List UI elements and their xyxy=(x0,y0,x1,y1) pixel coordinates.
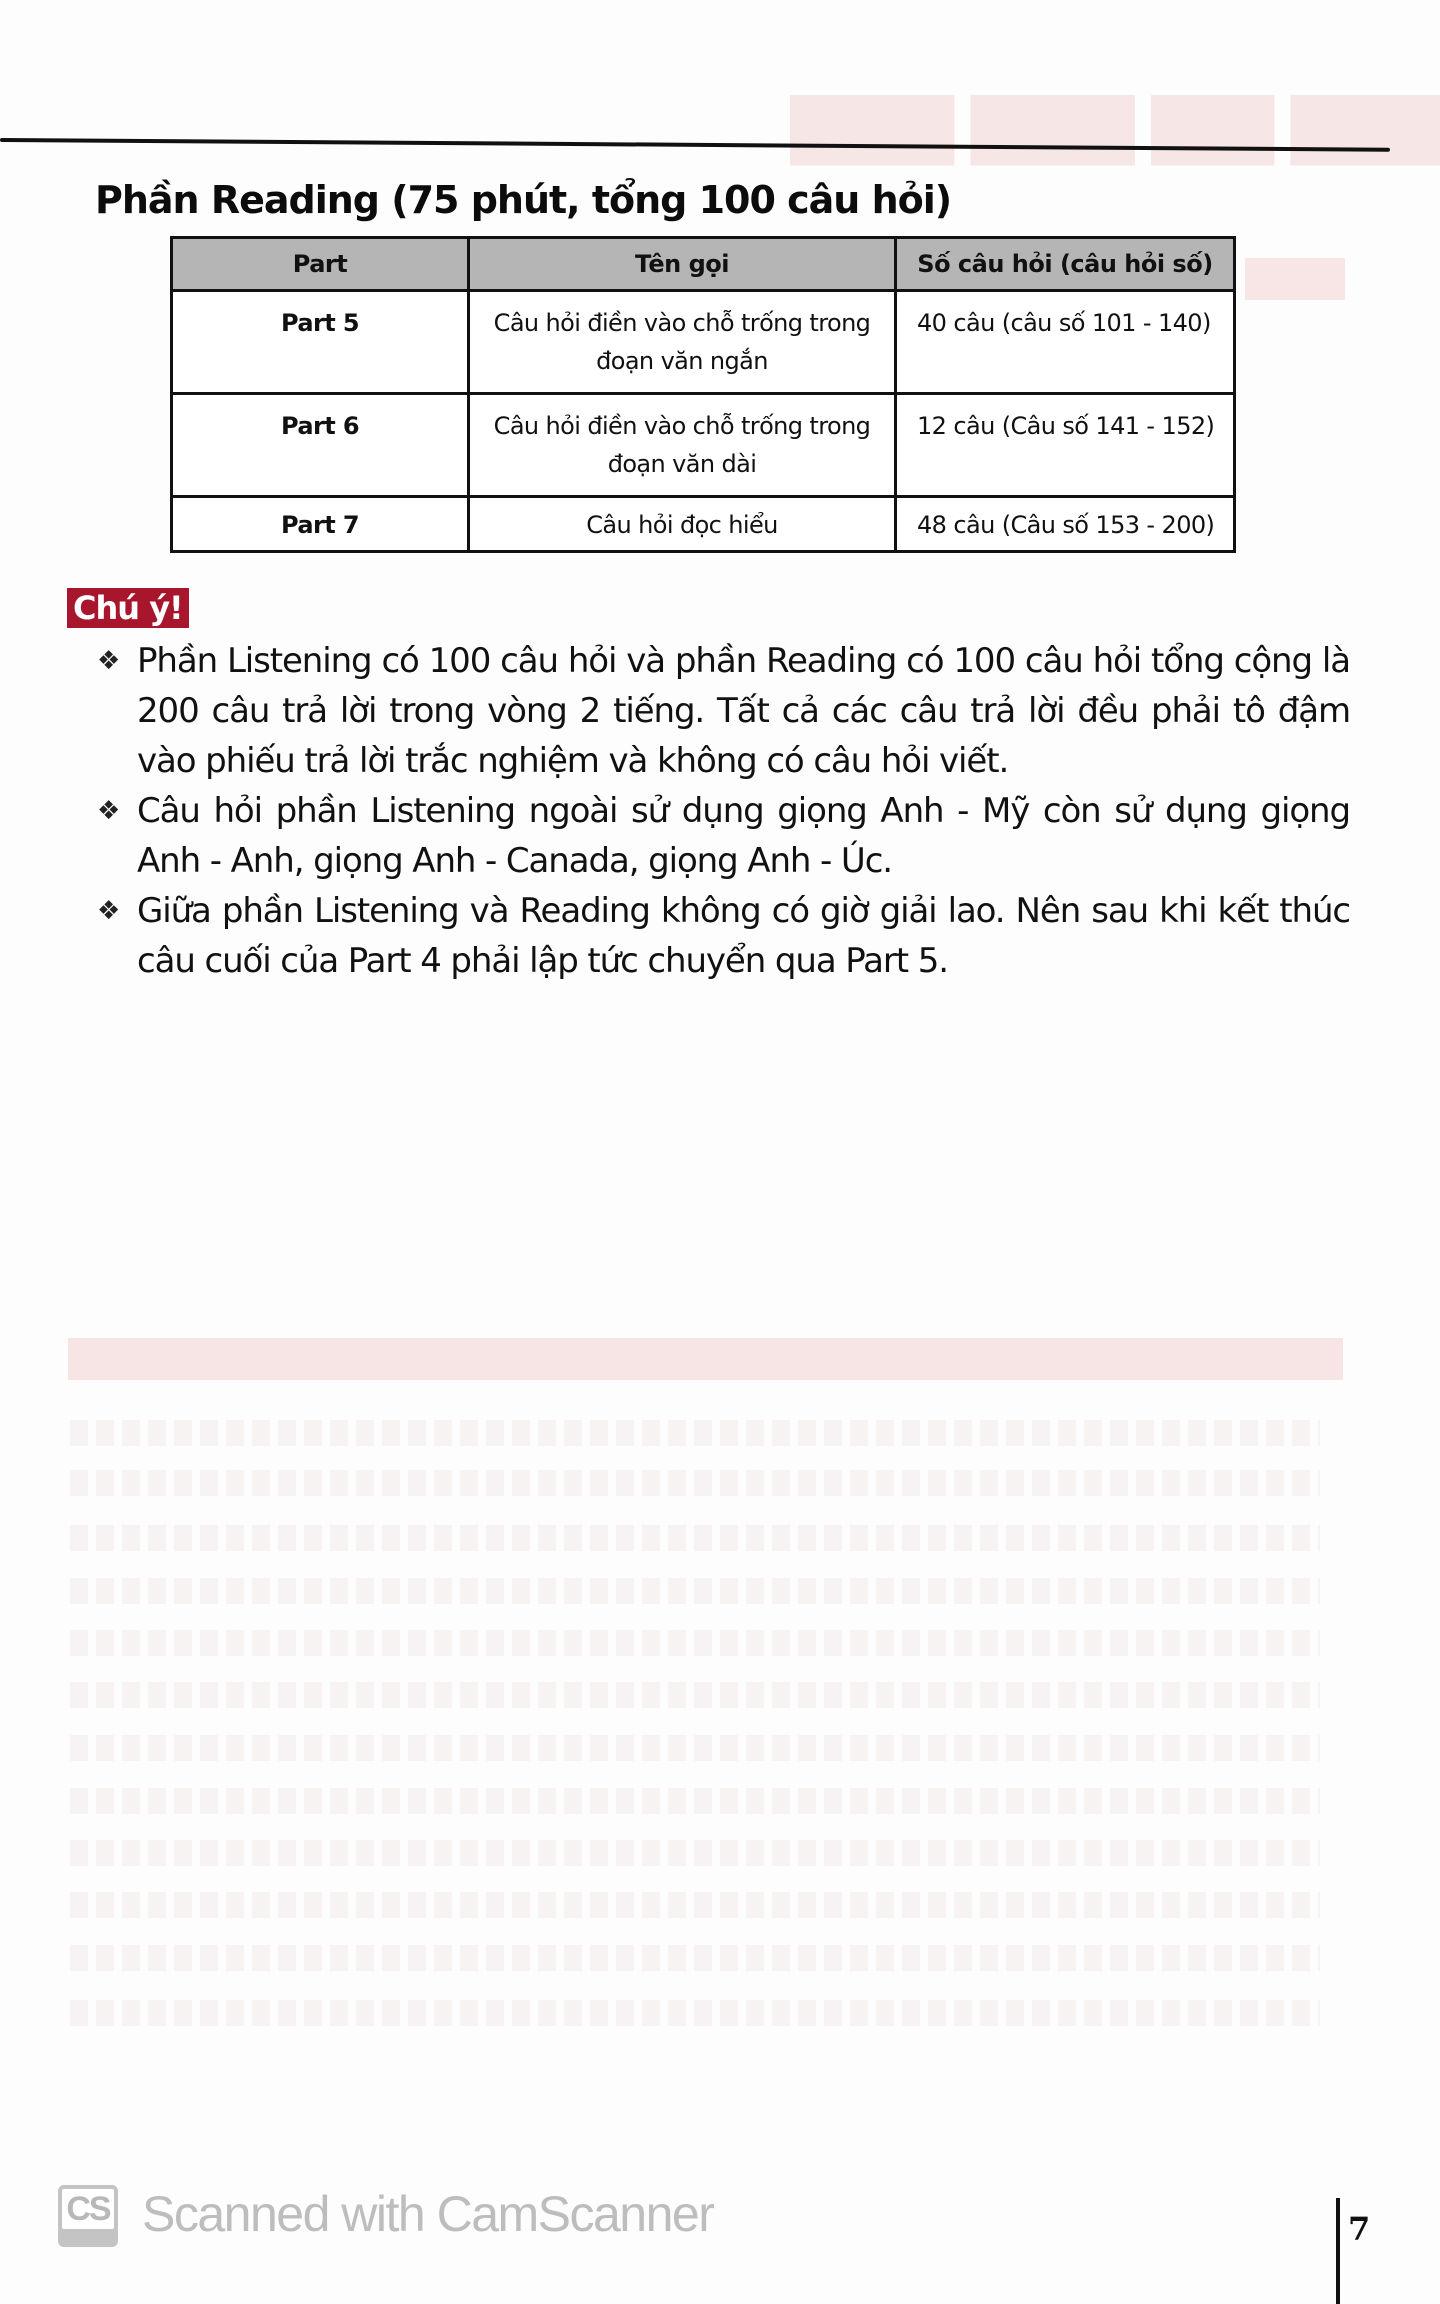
camscanner-logo-text: CS xyxy=(62,2189,114,2229)
cell-count: 12 câu (Câu số 141 - 152) xyxy=(896,394,1235,497)
note-label: Chú ý! xyxy=(67,588,189,628)
note-item: ❖ Phần Listening có 100 câu hỏi và phần … xyxy=(95,636,1350,786)
bleed-through-line xyxy=(70,1735,1320,1761)
cell-count: 48 câu (Câu số 153 - 200) xyxy=(896,497,1235,552)
cell-count: 40 câu (câu số 101 - 140) xyxy=(896,291,1235,394)
bleed-through-line xyxy=(70,1840,1320,1866)
bleed-through-line xyxy=(70,1892,1320,1918)
camscanner-logo-icon: CS xyxy=(58,2185,118,2247)
bleed-through-line xyxy=(70,1578,1320,1604)
column-header-name: Tên gọi xyxy=(469,238,896,291)
bleed-through-line xyxy=(70,1525,1320,1551)
note-item: ❖ Giữa phần Listening và Reading không c… xyxy=(95,886,1350,986)
bleed-through-line xyxy=(70,1470,1320,1496)
cell-part: Part 5 xyxy=(172,291,469,394)
page-number: 7 xyxy=(1348,2210,1370,2248)
bleed-through-line xyxy=(70,1682,1320,1708)
bleed-through-line xyxy=(70,1630,1320,1656)
cell-name: Câu hỏi điền vào chỗ trống trong đoạn vă… xyxy=(469,394,896,497)
cell-part: Part 6 xyxy=(172,394,469,497)
bleed-through-line xyxy=(70,1788,1320,1814)
bleed-through-line xyxy=(70,2000,1320,2026)
note-text: Câu hỏi phần Listening ngoài sử dụng giọ… xyxy=(137,791,1350,881)
cell-name: Câu hỏi đọc hiểu xyxy=(469,497,896,552)
note-list: ❖ Phần Listening có 100 câu hỏi và phần … xyxy=(95,636,1350,986)
cell-name: Câu hỏi điền vào chỗ trống trong đoạn vă… xyxy=(469,291,896,394)
column-header-part: Part xyxy=(172,238,469,291)
reading-parts-table: Part Tên gọi Số câu hỏi (câu hỏi số) Par… xyxy=(170,236,1236,553)
cell-part: Part 7 xyxy=(172,497,469,552)
column-header-count: Số câu hỏi (câu hỏi số) xyxy=(896,238,1235,291)
diamond-bullet-icon: ❖ xyxy=(97,636,119,686)
note-item: ❖ Câu hỏi phần Listening ngoài sử dụng g… xyxy=(95,786,1350,886)
bleed-through-line xyxy=(70,1420,1320,1446)
diamond-bullet-icon: ❖ xyxy=(97,786,119,836)
section-title: Phần Reading (75 phút, tổng 100 câu hỏi) xyxy=(95,178,951,222)
diamond-bullet-icon: ❖ xyxy=(97,886,119,936)
note-text: Phần Listening có 100 câu hỏi và phần Re… xyxy=(137,641,1350,781)
note-text: Giữa phần Listening và Reading không có … xyxy=(137,891,1350,981)
page-number-rule xyxy=(1336,2198,1340,2304)
bleed-through-line xyxy=(70,1945,1320,1971)
bleed-through-box xyxy=(1245,258,1345,300)
table-row: Part 6 Câu hỏi điền vào chỗ trống trong … xyxy=(172,394,1235,497)
table-row: Part 5 Câu hỏi điền vào chỗ trống trong … xyxy=(172,291,1235,394)
bleed-through-heading: ██ █████ ███ ████ ████ xyxy=(790,95,1440,162)
bleed-through-bar xyxy=(68,1338,1343,1380)
table-row: Part 7 Câu hỏi đọc hiểu 48 câu (Câu số 1… xyxy=(172,497,1235,552)
table-header-row: Part Tên gọi Số câu hỏi (câu hỏi số) xyxy=(172,238,1235,291)
watermark-text: Scanned with CamScanner xyxy=(142,2185,713,2243)
